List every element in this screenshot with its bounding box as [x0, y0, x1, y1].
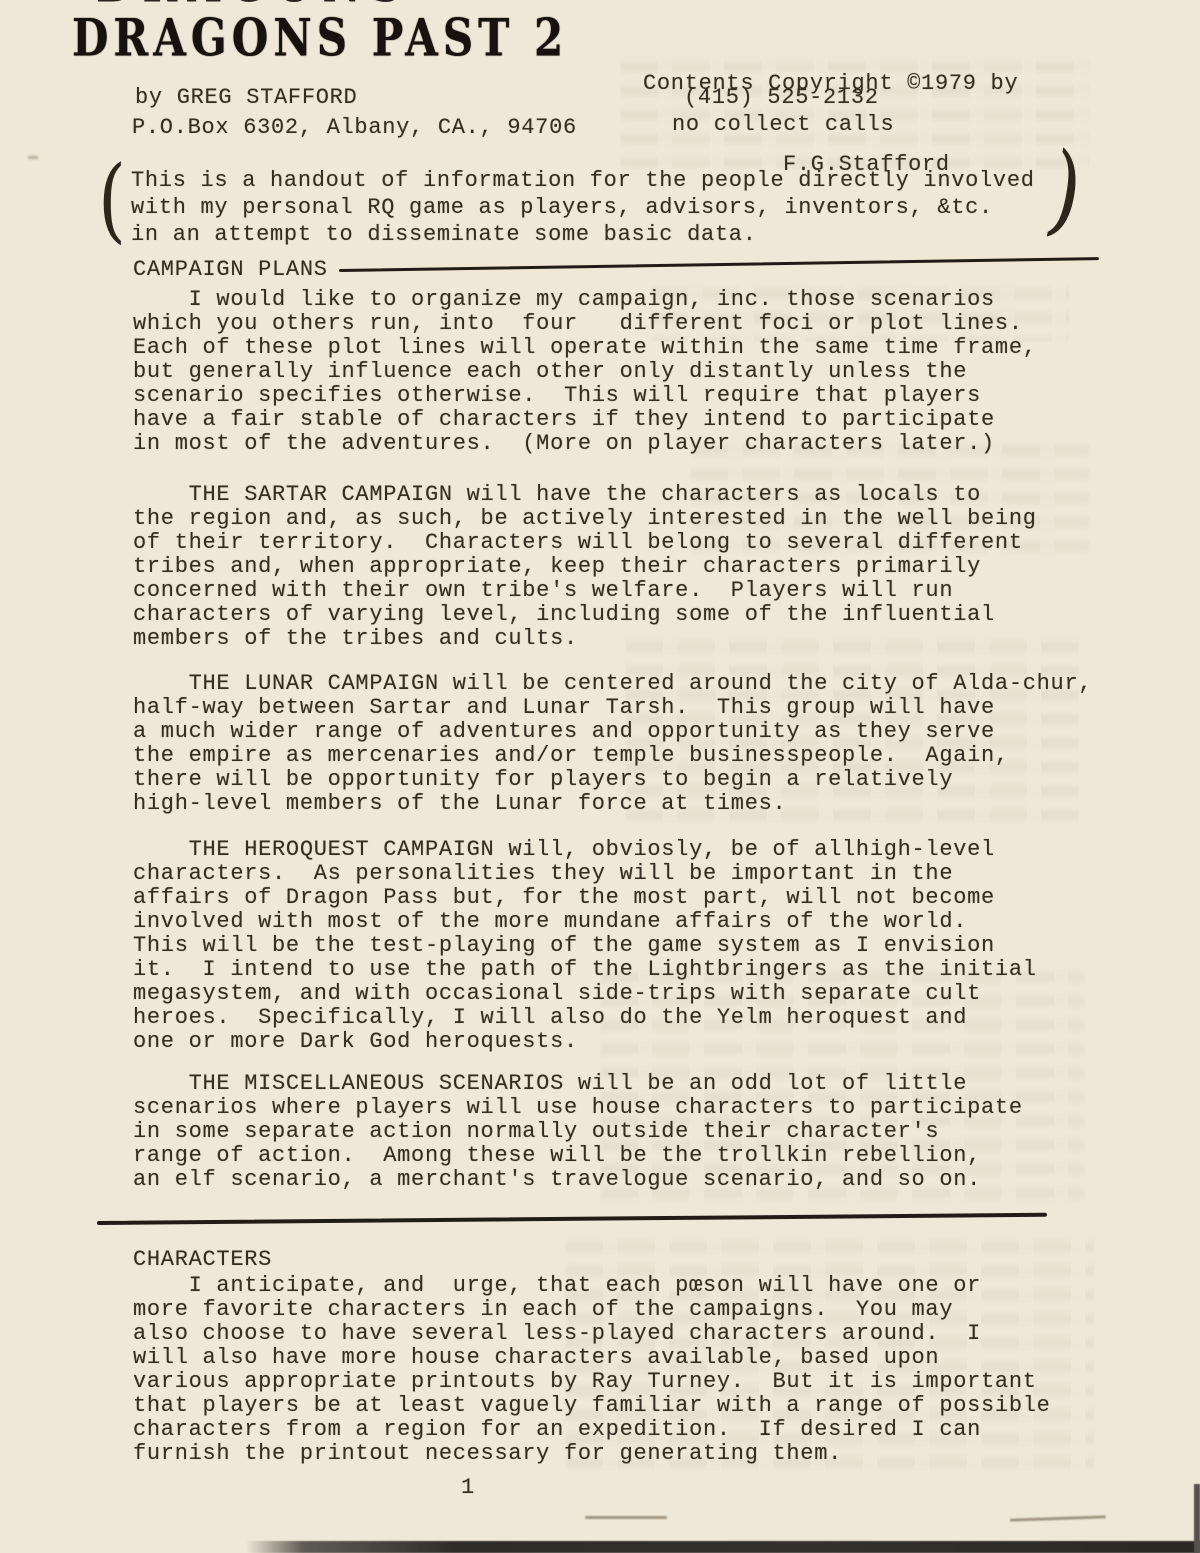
section-heading-campaign-plans: CAMPAIGN PLANS — [133, 258, 328, 282]
paragraph-characters: I anticipate, and urge, that each pœson … — [133, 1274, 1051, 1466]
phone-number: (415) 525-2132 — [684, 84, 879, 111]
scan-smudge — [585, 1516, 667, 1519]
section-heading-characters: CHARACTERS — [133, 1248, 272, 1272]
phone-note: no collect calls — [672, 111, 894, 138]
scan-smudge — [1010, 1515, 1106, 1521]
paragraph-miscellaneous-scenarios: THE MISCELLANEOUS SCENARIOS will be an o… — [133, 1072, 1023, 1192]
characters-section-rule — [97, 1213, 1047, 1225]
paragraph-heroquest-campaign: THE HEROQUEST CAMPAIGN will, obviosly, b… — [133, 838, 1037, 1054]
scan-smudge — [28, 156, 38, 159]
handdrawn-left-paren: ( — [98, 146, 126, 253]
paragraph-lunar-campaign: THE LUNAR CAMPAIGN will be centered arou… — [133, 672, 1092, 816]
document-title: DRAGONS PAST 2 — [72, 8, 568, 68]
campaign-plans-rule — [339, 257, 1099, 272]
intro-note: This is a handout of information for the… — [131, 167, 1035, 248]
paragraph-campaign-overview: I would like to organize my campaign, in… — [133, 288, 1037, 456]
author-byline: by GREG STAFFORD — [135, 84, 357, 111]
document-page: DRAGONS PAST 2 DRAGONS PAST 2 Contents C… — [0, 0, 1200, 1553]
paragraph-sartar-campaign: THE SARTAR CAMPAIGN will have the charac… — [133, 483, 1037, 651]
scan-edge-mark — [1194, 1484, 1200, 1553]
scan-edge-next-page — [246, 1541, 1200, 1553]
author-address: P.O.Box 6302, Albany, CA., 94706 — [132, 114, 577, 141]
page-number: 1 — [461, 1476, 475, 1500]
